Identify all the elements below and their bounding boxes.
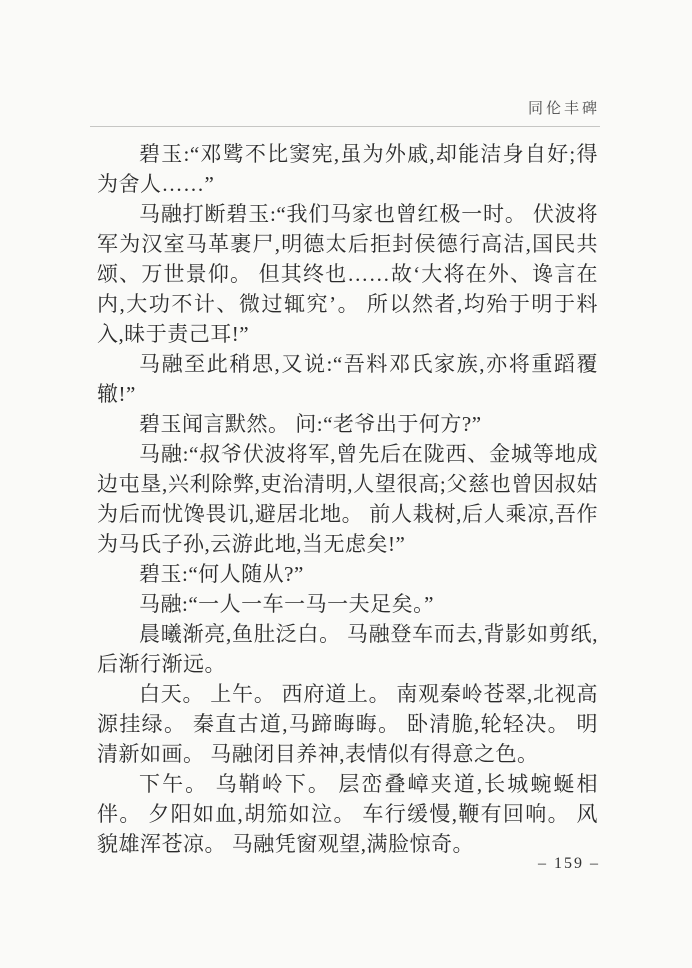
paragraph: 马融:“叔爷伏波将军,曾先后在陇西、金城等地成边屯垦,兴利除弊,吏治清明,人望很… [97,439,598,559]
running-head-title: 同伦丰碑 [90,97,600,118]
paragraph: 下午。 乌鞘岭下。 层峦叠嶂夹道,长城蜿蜒相伴。 夕阳如血,胡笳如泣。 车行缓慢… [97,769,598,859]
paragraph: 碧玉闻言默然。 问:“老爷出于何方?” [97,409,598,439]
paragraph: 马融至此稍思,又说:“吾料邓氏家族,亦将重蹈覆辙!” [97,349,598,409]
paragraph: 碧玉:“邓骘不比窦宪,虽为外戚,却能洁身自好;得为舍人……” [97,139,598,199]
paragraph: 马融:“一人一车一马一夫足矣。” [97,589,598,619]
paragraph: 碧玉:“何人随从?” [97,559,598,589]
page-body-text: 碧玉:“邓骘不比窦宪,虽为外戚,却能洁身自好;得为舍人……” 马融打断碧玉:“我… [97,139,598,859]
page-number: – 159 – [90,855,600,873]
paragraph: 白天。 上午。 西府道上。 南观秦岭苍翠,北视高源挂绿。 秦直古道,马蹄晦晦。 … [97,679,598,769]
book-page: 同伦丰碑 碧玉:“邓骘不比窦宪,虽为外戚,却能洁身自好;得为舍人……” 马融打断… [0,0,692,968]
header-rule-divider [90,126,600,127]
paragraph: 晨曦渐亮,鱼肚泛白。 马融登车而去,背影如剪纸,后渐行渐远。 [97,619,598,679]
paragraph: 马融打断碧玉:“我们马家也曾红极一时。 伏波将军为汉室马革裹尸,明德太后拒封侯德… [97,199,598,349]
